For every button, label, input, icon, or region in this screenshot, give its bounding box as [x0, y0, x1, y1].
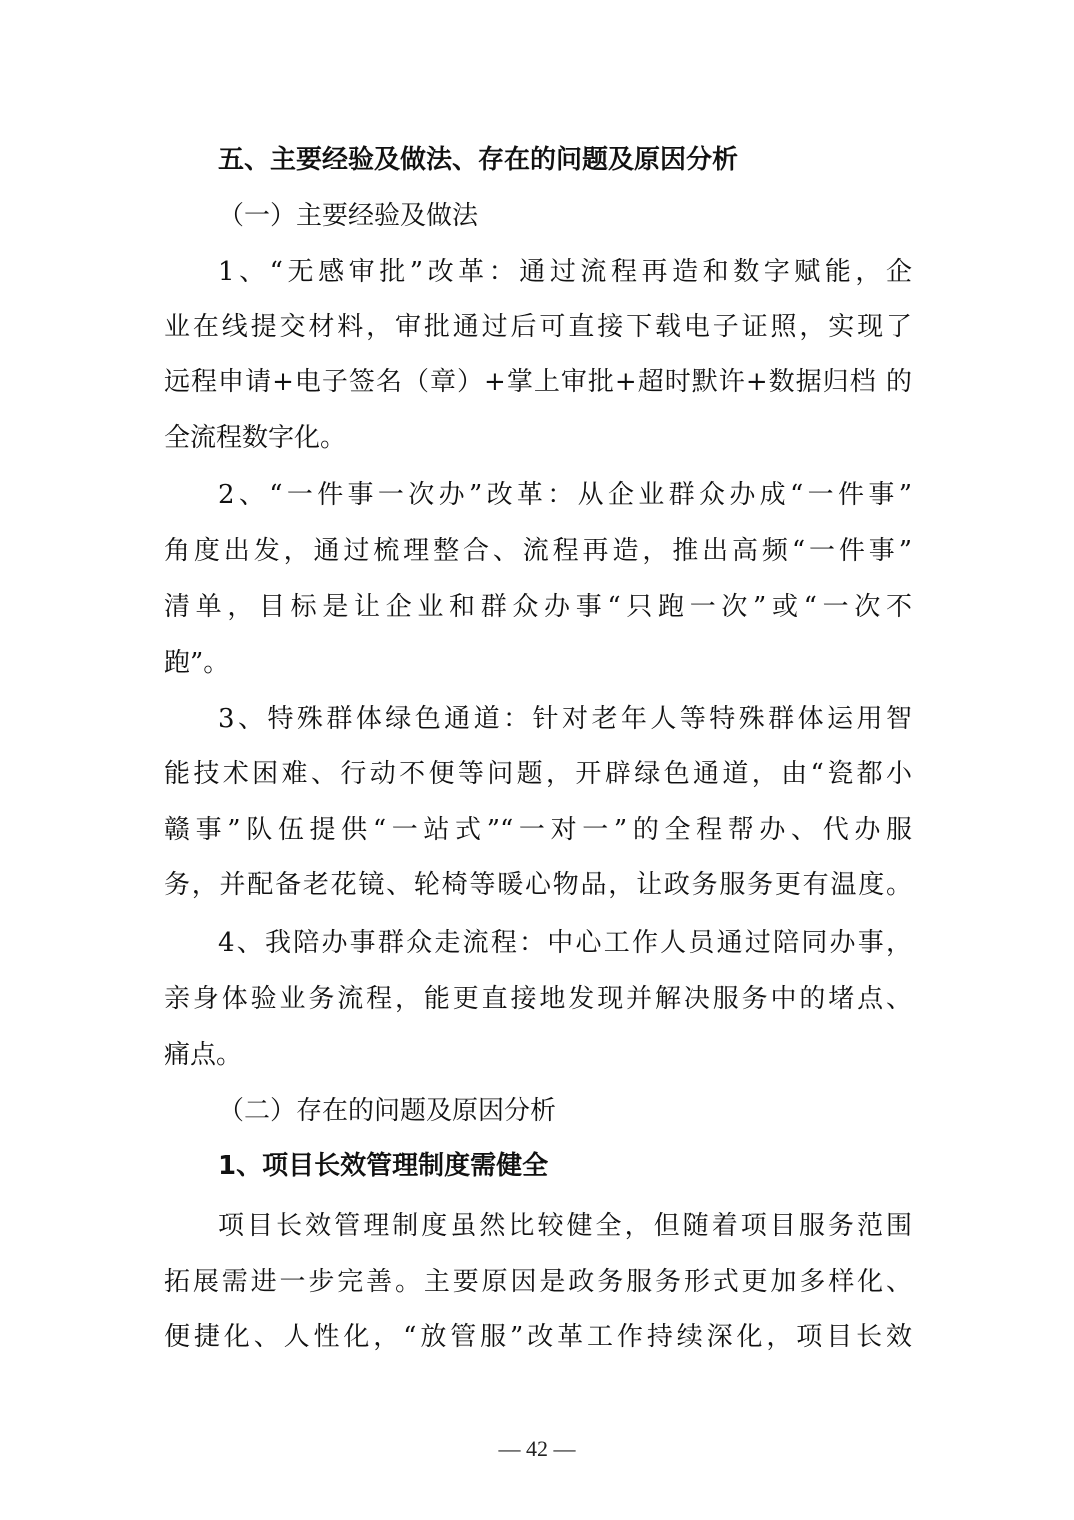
paragraph-line: 3、特殊群体绿色通道：针对老年人等特殊群体运用智	[218, 699, 912, 739]
paragraph-line: 赣事”队伍提供“一站式”“一对一”的全程帮办、代办服	[164, 810, 912, 850]
paragraph-line: 拓展需进一步完善。主要原因是政务服务形式更加多样化、	[164, 1262, 912, 1302]
item-heading: 1、项目长效管理制度需健全	[218, 1146, 912, 1186]
paragraph-line: 便捷化、人性化，“放管服”改革工作持续深化，项目长效	[164, 1317, 912, 1357]
paragraph-line: 角度出发，通过梳理整合、流程再造，推出高频“一件事”	[164, 531, 912, 571]
paragraph-line: 项目长效管理制度虽然比较健全，但随着项目服务范围	[218, 1206, 912, 1246]
paragraph-line: 痛点。	[164, 1035, 912, 1075]
paragraph-line: 4、我陪办事群众走流程：中心工作人员通过陪同办事，	[218, 923, 912, 963]
paragraph-line: 业在线提交材料，审批通过后可直接下载电子证照，实现了	[164, 307, 912, 347]
paragraph-line: 全流程数字化。	[164, 418, 912, 458]
paragraph-line: 能技术困难、行动不便等问题，开辟绿色通道，由“瓷都小	[164, 754, 912, 794]
paragraph-line: 2、“一件事一次办”改革：从企业群众办成“一件事”	[218, 475, 912, 515]
paragraph-line: 务，并配备老花镜、轮椅等暖心物品，让政务服务更有温度。	[164, 865, 912, 905]
paragraph-line: 清单，目标是让企业和群众办事“只跑一次”或“一次不	[164, 587, 912, 627]
paragraph-line: 亲身体验业务流程，能更直接地发现并解决服务中的堵点、	[164, 979, 912, 1019]
subsection-heading-experience: （一）主要经验及做法	[218, 196, 912, 236]
paragraph-line: 远程申请+电子签名（章）+掌上审批+超时默许+数据归档 的	[164, 362, 912, 402]
paragraph-line: 1、“无感审批”改革：通过流程再造和数字赋能，企	[218, 252, 912, 292]
page-number: — 42 —	[0, 1436, 1074, 1462]
paragraph-line: 跑”。	[164, 643, 912, 683]
subsection-heading-problems: （二）存在的问题及原因分析	[218, 1091, 912, 1131]
section-heading: 五、主要经验及做法、存在的问题及原因分析	[218, 140, 912, 180]
